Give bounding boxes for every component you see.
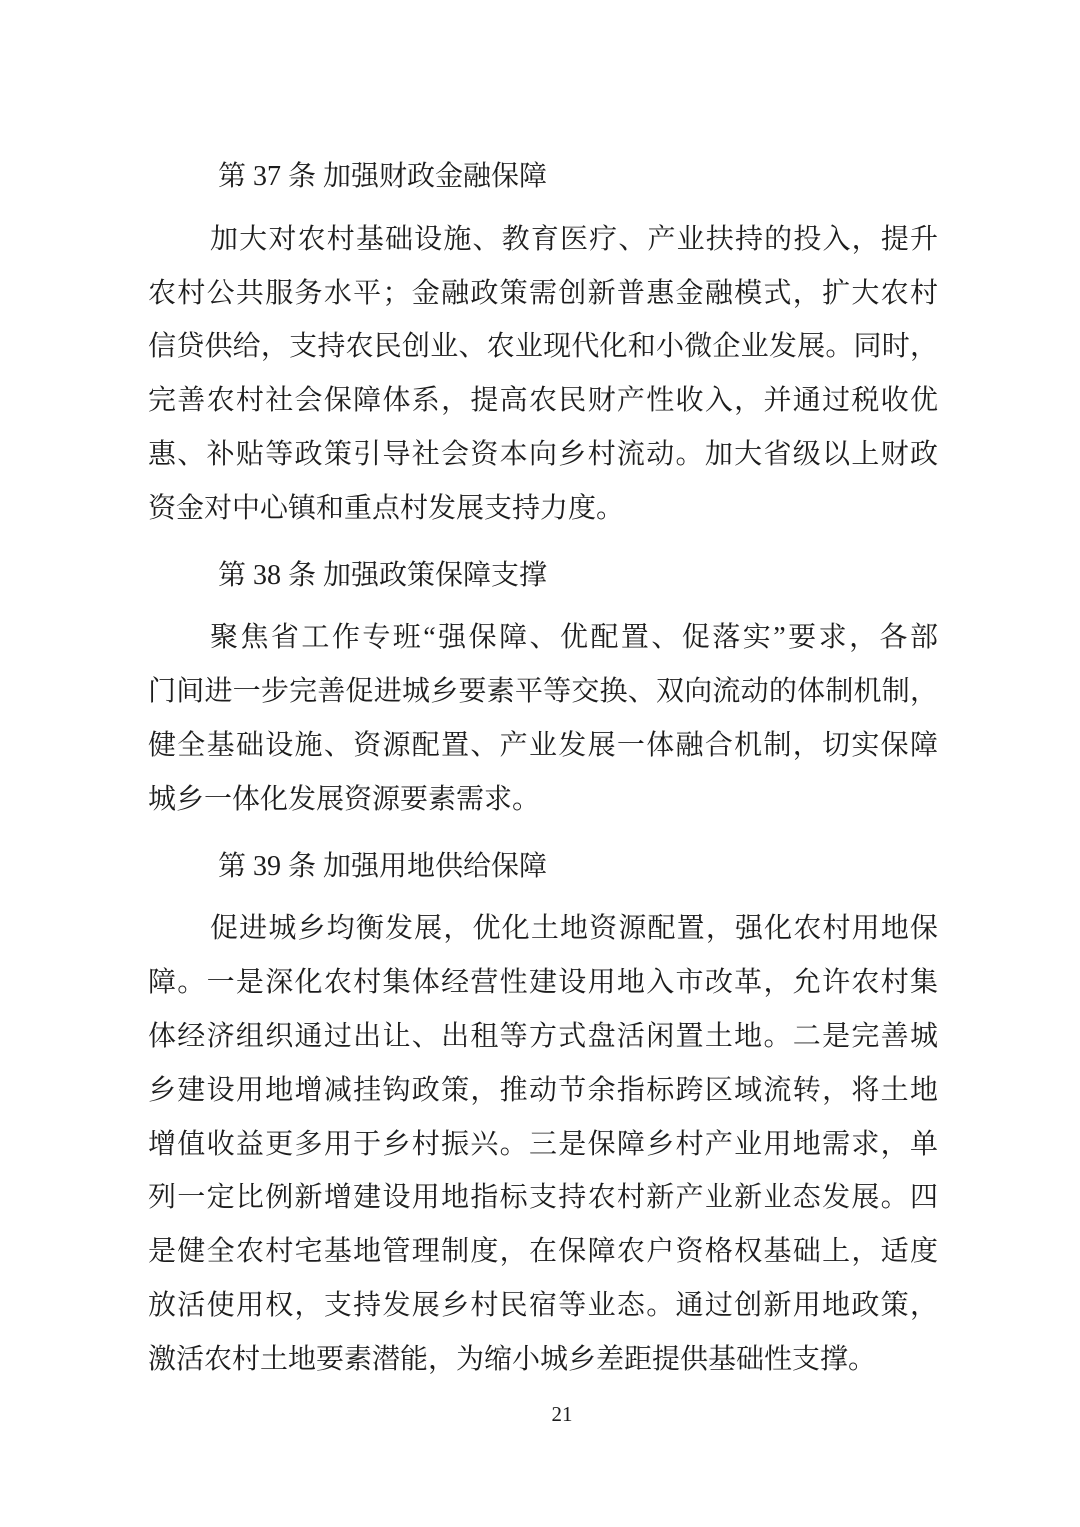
text-line: 聚焦省工作专班“强保障、优配置、促落实”要求，各部	[148, 611, 938, 665]
document-content: 第 37 条 加强财政金融保障 加大对农村基础设施、教育医疗、产业扶持的投入，提…	[148, 137, 938, 1387]
text-line: 是健全农村宅基地管理制度，在保障农户资格权基础上，适度	[148, 1225, 938, 1279]
page-number: 21	[22, 1399, 1080, 1429]
text-line: 加大对农村基础设施、教育医疗、产业扶持的投入，提升	[148, 213, 938, 267]
text-line: 信贷供给，支持农民创业、农业现代化和小微企业发展。同时，	[148, 320, 938, 374]
section-heading-38: 第 38 条 加强政策保障支撑	[148, 549, 938, 603]
text-line: 门间进一步完善促进城乡要素平等交换、双向流动的体制机制，	[148, 665, 938, 719]
text-line: 障。一是深化农村集体经营性建设用地入市改革，允许农村集	[148, 956, 938, 1010]
text-line: 农村公共服务水平；金融政策需创新普惠金融模式，扩大农村	[148, 267, 938, 321]
text-line: 完善农村社会保障体系，提高农民财产性收入，并通过税收优	[148, 374, 938, 428]
text-line: 资金对中心镇和重点村发展支持力度。	[148, 482, 938, 536]
section-heading-39: 第 39 条 加强用地供给保障	[148, 840, 938, 894]
text-line: 列一定比例新增建设用地指标支持农村新产业新业态发展。四	[148, 1171, 938, 1225]
text-line: 放活使用权，支持发展乡村民宿等业态。通过创新用地政策，	[148, 1279, 938, 1333]
text-line: 惠、补贴等政策引导社会资本向乡村流动。加大省级以上财政	[148, 428, 938, 482]
text-line: 激活农村土地要素潜能，为缩小城乡差距提供基础性支撑。	[148, 1333, 938, 1387]
text-line: 乡建设用地增减挂钩政策，推动节余指标跨区域流转，将土地	[148, 1064, 938, 1118]
text-line: 城乡一体化发展资源要素需求。	[148, 773, 938, 827]
text-line: 增值收益更多用于乡村振兴。三是保障乡村产业用地需求，单	[148, 1118, 938, 1172]
text-line: 体经济组织通过出让、出租等方式盘活闲置土地。二是完善城	[148, 1010, 938, 1064]
text-line: 促进城乡均衡发展，优化土地资源配置，强化农村用地保	[148, 902, 938, 956]
text-line: 健全基础设施、资源配置、产业发展一体融合机制，切实保障	[148, 719, 938, 773]
section-heading-37: 第 37 条 加强财政金融保障	[148, 150, 938, 204]
document-page: 第 37 条 加强财政金融保障 加大对农村基础设施、教育医疗、产业扶持的投入，提…	[0, 0, 1080, 1527]
